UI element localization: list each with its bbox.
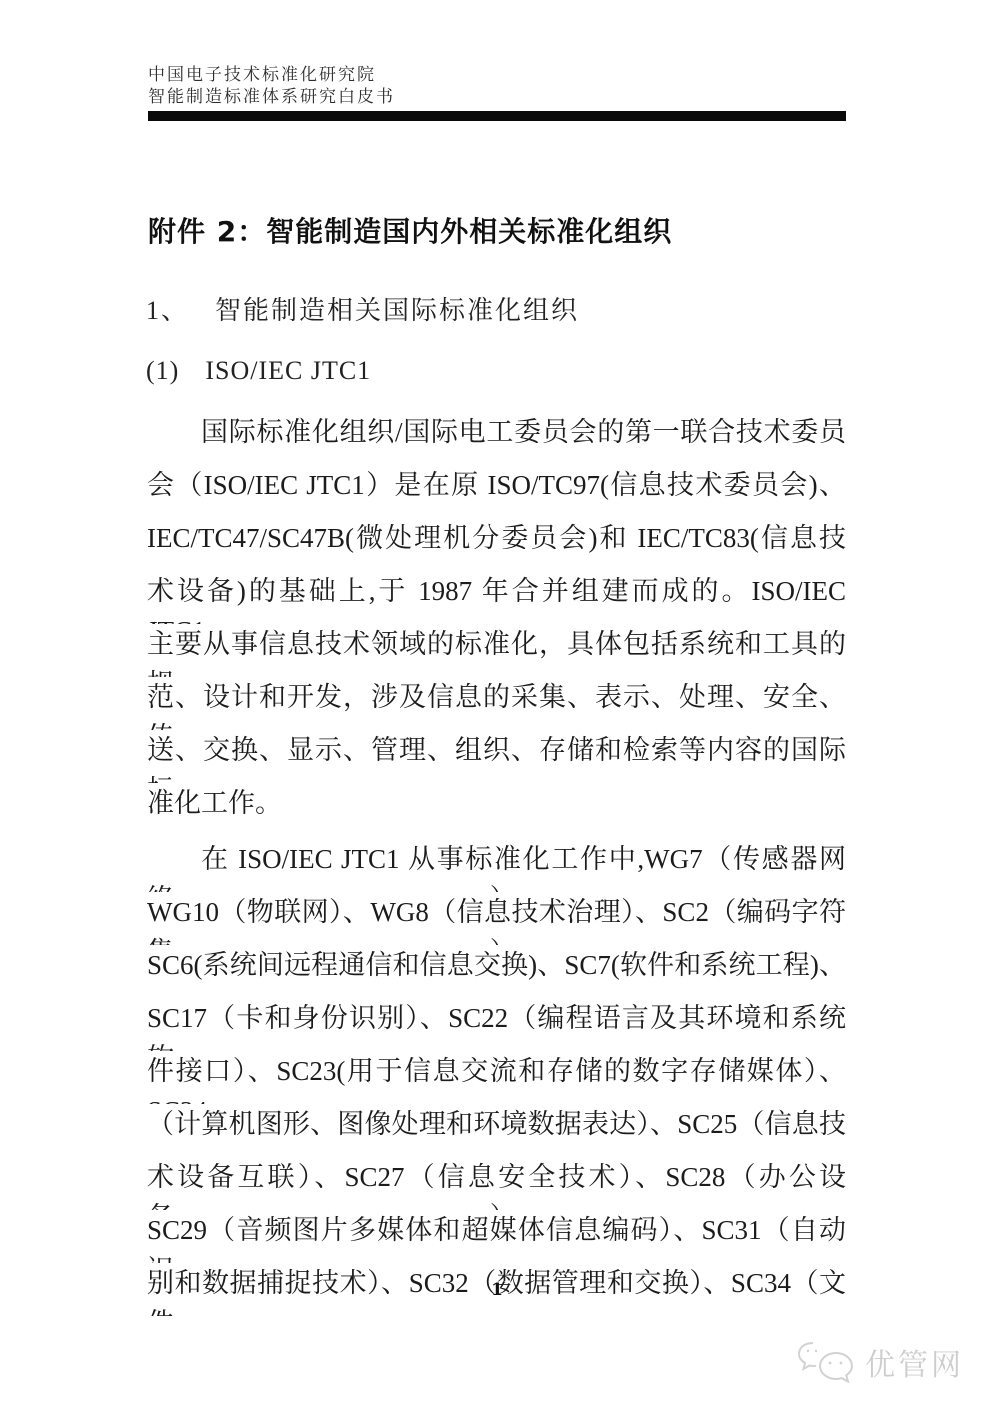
watermark: 优管网 xyxy=(797,1339,964,1385)
watermark-text: 优管网 xyxy=(865,1340,964,1384)
document-page: 中国电子技术标准化研究院 智能制造标准体系研究白皮书 附件 2：智能制造国内外相… xyxy=(0,0,992,1403)
text-line: WG10（物联网）、WG8（信息技术治理）、SC2（编码字符集）、 xyxy=(147,892,846,945)
subsection-number: (1) xyxy=(146,356,179,385)
text-line: IEC/TC47/SC47B(微处理机分委员会)和 IEC/TC83(信息技 xyxy=(147,518,846,571)
text-line: 会（ISO/IEC JTC1）是在原 ISO/TC97(信息技术委员会)、 xyxy=(147,465,846,518)
text-line: 在 ISO/IEC JTC1 从事标准化工作中,WG7（传感器网络）、 xyxy=(147,839,846,892)
text-line: 术设备)的基础上,于 1987 年合并组建而成的。ISO/IEC JTC1 xyxy=(147,571,846,624)
section-label: 智能制造相关国际标准化组织 xyxy=(215,296,579,325)
paragraph-2: 在 ISO/IEC JTC1 从事标准化工作中,WG7（传感器网络）、WG10（… xyxy=(147,839,846,1316)
text-line: SC29（音频图片多媒体和超媒体信息编码）、SC31（自动识 xyxy=(147,1210,846,1263)
section-number: 1、 xyxy=(146,296,189,325)
subsection-heading: (1)ISO/IEC JTC1 xyxy=(146,356,866,386)
page-header: 中国电子技术标准化研究院 智能制造标准体系研究白皮书 xyxy=(148,64,846,108)
text-line: SC6(系统间远程通信和信息交换)、SC7(软件和系统工程)、 xyxy=(147,945,846,998)
page-number: 1 xyxy=(148,1280,846,1300)
header-institute: 中国电子技术标准化研究院 xyxy=(148,64,846,86)
header-doc-title: 智能制造标准体系研究白皮书 xyxy=(148,86,846,108)
subsection-label: ISO/IEC JTC1 xyxy=(205,356,371,385)
text-line: SC17（卡和身份识别）、SC22（编程语言及其环境和系统软 xyxy=(147,998,846,1051)
text-line: （计算机图形、图像处理和环境数据表达）、SC25（信息技 xyxy=(147,1104,846,1157)
text-line: 主要从事信息技术领域的标准化，具体包括系统和工具的规 xyxy=(147,624,846,677)
chat-bubbles-logo-icon xyxy=(797,1339,857,1385)
text-line: 术设备互联）、SC27（信息安全技术）、SC28（办公设备）、 xyxy=(147,1157,846,1210)
text-line: 准化工作。 xyxy=(147,783,846,836)
text-line: 件接口）、SC23(用于信息交流和存储的数字存储媒体）、SC24 xyxy=(147,1051,846,1104)
paragraph-1: 国际标准化组织/国际电工委员会的第一联合技术委员会（ISO/IEC JTC1）是… xyxy=(147,412,846,836)
section-heading: 1、智能制造相关国际标准化组织 xyxy=(146,290,866,327)
page-title: 附件 2：智能制造国内外相关标准化组织 xyxy=(148,210,868,250)
text-line: 范、设计和开发，涉及信息的采集、表示、处理、安全、传 xyxy=(147,677,846,730)
text-line: 送、交换、显示、管理、组织、存储和检索等内容的国际标 xyxy=(147,730,846,783)
header-rule xyxy=(148,111,846,121)
text-line: 国际标准化组织/国际电工委员会的第一联合技术委员 xyxy=(147,412,846,465)
